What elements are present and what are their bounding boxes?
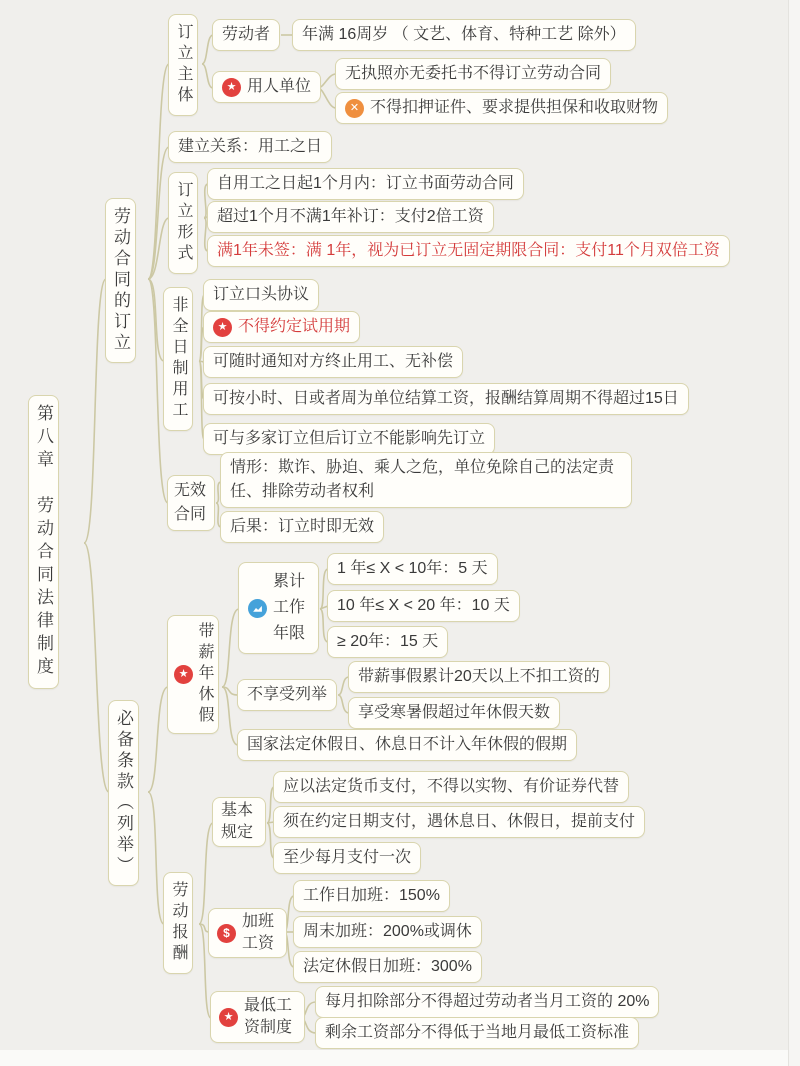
node-subject[interactable]: 订立主体	[168, 14, 198, 116]
node-ne-winter-summer[interactable]: 享受寒暑假超过年休假天数	[348, 697, 560, 729]
node-label: 最低工资制度	[244, 995, 296, 1039]
node-ot-weekend[interactable]: 周末加班：200%或调休	[293, 916, 482, 948]
node-label: 可与多家订立但后订立不能影响先订立	[213, 427, 485, 451]
node-pt-pay-cycle[interactable]: 可按小时、日或者周为单位结算工资，报酬结算周期不得超过15日	[203, 383, 689, 415]
mindmap-canvas: 第八章 劳动合同法律制度 劳动合同的订立 订立主体 劳动者 年满 16周岁 （ …	[0, 0, 800, 1066]
node-label: 法定休假日加班：300%	[303, 955, 472, 979]
node-label: 带薪事假累计20天以上不扣工资的	[358, 665, 600, 689]
node-basic-currency[interactable]: 应以法定货币支付，不得以实物、有价证券代替	[273, 771, 629, 803]
node-label: 加班工资	[242, 911, 278, 955]
node-label: 不得扣押证件、要求提供担保和收取财物	[370, 96, 658, 120]
node-label: 应以法定货币支付，不得以实物、有价证券代替	[283, 775, 619, 799]
branch-label: 必备条款（列举）	[115, 709, 132, 877]
node-ot-holiday[interactable]: 法定休假日加班：300%	[293, 951, 482, 983]
node-label: 情形：欺诈、胁迫、乘人之危，单位免除自己的法定责任、排除劳动者权利	[230, 456, 622, 504]
node-basic-rules[interactable]: 基本规定	[212, 797, 266, 847]
node-basic-date[interactable]: 须在约定日期支付，遇休息日、休假日，提前支付	[273, 806, 645, 838]
node-label: 无执照亦无委托书不得订立劳动合同	[345, 62, 601, 86]
node-label: 满1年未签：满 1年，视为已订立无固定期限合同：支付11个月双倍工资	[217, 239, 720, 263]
node-pt-oral[interactable]: 订立口头协议	[203, 279, 319, 311]
node-invalid-contract[interactable]: 无效合同	[167, 475, 215, 531]
node-label: 工作日加班：150%	[303, 884, 440, 908]
node-label: 须在约定日期支付，遇休息日、休假日，提前支付	[283, 810, 635, 834]
node-label: 无效合同	[174, 479, 208, 527]
node-label: 不享受列举	[247, 683, 327, 707]
node-label: 周末加班：200%或调休	[303, 920, 472, 944]
node-no-detain[interactable]: ✕ 不得扣押证件、要求提供担保和收取财物	[335, 92, 668, 124]
node-label: 劳动报酬	[170, 881, 186, 965]
star-icon: ★	[219, 1008, 238, 1027]
node-employer[interactable]: ★ 用人单位	[212, 71, 321, 103]
node-pt-terminate[interactable]: 可随时通知对方终止用工、无补偿	[203, 346, 463, 378]
node-invalid-cases[interactable]: 情形：欺诈、胁迫、乘人之危，单位免除自己的法定责任、排除劳动者权利	[220, 452, 632, 508]
node-label: 订立主体	[175, 23, 191, 107]
node-label: 至少每月支付一次	[283, 846, 411, 870]
chart-icon	[248, 599, 267, 618]
star-icon: ★	[222, 78, 241, 97]
page-right-strip	[788, 0, 800, 1066]
node-label: 后果：订立时即无效	[230, 515, 374, 539]
node-holidays-excluded[interactable]: 国家法定休假日、休息日不计入年休假的假期	[237, 729, 577, 761]
node-label: 每月扣除部分不得超过劳动者当月工资的 20%	[325, 990, 649, 1014]
node-relation[interactable]: 建立关系：用工之日	[168, 131, 332, 163]
node-worker[interactable]: 劳动者	[212, 19, 280, 51]
node-root[interactable]: 第八章 劳动合同法律制度	[28, 395, 59, 689]
node-label: 1 年≤ X < 10年：5 天	[337, 557, 488, 581]
node-label: 可按小时、日或者周为单位结算工资，报酬结算周期不得超过15日	[213, 387, 679, 411]
node-invalid-result[interactable]: 后果：订立时即无效	[220, 511, 384, 543]
node-paid-annual-leave[interactable]: ★ 带薪年休假	[167, 615, 219, 734]
node-label: 订立形式	[175, 181, 191, 265]
node-label: 基本规定	[221, 800, 257, 844]
node-mw-remaining[interactable]: 剩余工资部分不得低于当地月最低工资标准	[315, 1017, 639, 1049]
node-branch-contract-signing[interactable]: 劳动合同的订立	[105, 198, 136, 363]
node-no-license[interactable]: 无执照亦无委托书不得订立劳动合同	[335, 58, 611, 90]
star-icon: ★	[174, 665, 193, 684]
node-cumulative-years[interactable]: 累计工作年限	[238, 562, 319, 654]
node-leave-10days[interactable]: 10 年≤ X < 20 年：10 天	[327, 590, 520, 622]
node-label: 年满 16周岁 （ 文艺、体育、特种工艺 除外）	[302, 23, 626, 47]
node-basic-monthly[interactable]: 至少每月支付一次	[273, 842, 421, 874]
node-branch-required-terms[interactable]: 必备条款（列举）	[108, 700, 139, 886]
node-label: 10 年≤ X < 20 年：10 天	[337, 594, 510, 618]
node-label: 建立关系：用工之日	[178, 135, 322, 159]
node-pt-multiple[interactable]: 可与多家订立但后订立不能影响先订立	[203, 423, 495, 455]
node-label: 不得约定试用期	[238, 315, 350, 339]
node-not-entitled[interactable]: 不享受列举	[237, 679, 337, 711]
node-parttime[interactable]: 非全日制用工	[163, 287, 193, 431]
node-leave-5days[interactable]: 1 年≤ X < 10年：5 天	[327, 553, 498, 585]
node-form[interactable]: 订立形式	[168, 172, 198, 274]
node-pt-no-probation[interactable]: ★ 不得约定试用期	[203, 311, 360, 343]
page-bottom-strip	[0, 1050, 800, 1066]
node-label: 带薪年休假	[196, 622, 212, 727]
node-ne-personal-leave[interactable]: 带薪事假累计20天以上不扣工资的	[348, 661, 610, 693]
node-label: 订立口头协议	[213, 283, 309, 307]
node-leave-15days[interactable]: ≥ 20年：15 天	[327, 626, 448, 658]
node-label: 非全日制用工	[170, 296, 186, 422]
node-labor-pay[interactable]: 劳动报酬	[163, 872, 193, 974]
node-overtime-pay[interactable]: $ 加班工资	[208, 908, 287, 958]
branch-label: 劳动合同的订立	[112, 207, 129, 354]
node-label: 享受寒暑假超过年休假天数	[358, 701, 550, 725]
node-form-1month[interactable]: 自用工之日起1个月内：订立书面劳动合同	[207, 168, 524, 200]
node-label: 劳动者	[222, 23, 270, 47]
node-form-double-pay[interactable]: 超过1个月不满1年补订：支付2倍工资	[207, 201, 494, 233]
node-worker-age[interactable]: 年满 16周岁 （ 文艺、体育、特种工艺 除外）	[292, 19, 636, 51]
star-icon: ★	[213, 318, 232, 337]
node-label: 超过1个月不满1年补订：支付2倍工资	[217, 205, 484, 229]
node-form-one-year[interactable]: 满1年未签：满 1年，视为已订立无固定期限合同：支付11个月双倍工资	[207, 235, 730, 267]
node-label: 国家法定休假日、休息日不计入年休假的假期	[247, 733, 567, 757]
node-label: 剩余工资部分不得低于当地月最低工资标准	[325, 1021, 629, 1045]
node-label: ≥ 20年：15 天	[337, 630, 438, 654]
node-label: 可随时通知对方终止用工、无补偿	[213, 350, 453, 374]
dollar-icon: $	[217, 924, 236, 943]
node-label: 用人单位	[247, 75, 311, 99]
root-label: 第八章 劳动合同法律制度	[35, 404, 52, 680]
node-ot-workday[interactable]: 工作日加班：150%	[293, 880, 450, 912]
node-minimum-wage[interactable]: ★ 最低工资制度	[210, 991, 305, 1043]
cross-icon: ✕	[345, 99, 364, 118]
node-label: 累计工作年限	[273, 569, 309, 647]
node-label: 自用工之日起1个月内：订立书面劳动合同	[217, 172, 514, 196]
node-mw-deduction[interactable]: 每月扣除部分不得超过劳动者当月工资的 20%	[315, 986, 659, 1018]
